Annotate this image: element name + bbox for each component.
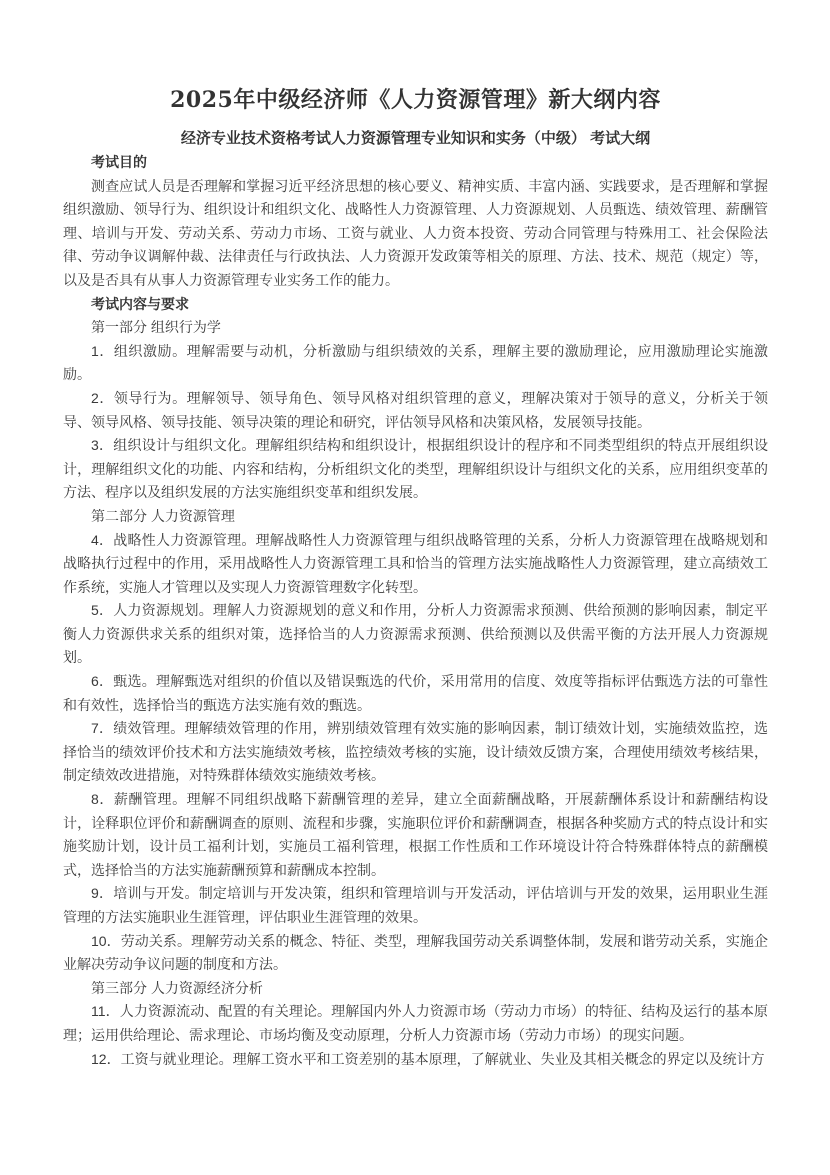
part-2-title: 第二部分 人力资源管理 (63, 505, 768, 529)
exam-purpose-paragraph: 测查应试人员是否理解和掌握习近平经济思想的核心要义、精神实质、丰富内涵、实践要求… (63, 175, 768, 293)
syllabus-item-2: 2．领导行为。理解领导、领导角色、领导风格对组织管理的意义，理解决策对于领导的意… (63, 387, 768, 434)
exam-purpose-heading: 考试目的 (63, 151, 768, 175)
document-subtitle: 经济专业技术资格考试人力资源管理专业知识和实务（中级） 考试大纲 (63, 129, 768, 149)
document-title: 2025年中级经济师《人力资源管理》新大纲内容 (63, 86, 768, 114)
syllabus-item-12: 12．工资与就业理论。理解工资水平和工资差别的基本原理，了解就业、失业及其相关概… (63, 1048, 768, 1072)
syllabus-item-3: 3．组织设计与组织文化。理解组织结构和组织设计，根据组织设计的程序和不同类型组织… (63, 434, 768, 505)
syllabus-item-9: 9．培训与开发。制定培训与开发决策，组织和管理培训与开发活动，评估培训与开发的效… (63, 882, 768, 929)
syllabus-item-7: 7．绩效管理。理解绩效管理的作用，辨别绩效管理有效实施的影响因素，制订绩效计划，… (63, 717, 768, 788)
part-3-title: 第三部分 人力资源经济分析 (63, 977, 768, 1001)
syllabus-item-8: 8．薪酬管理。理解不同组织战略下薪酬管理的差异，建立全面薪酬战略，开展薪酬体系设… (63, 788, 768, 882)
document-page: 2025年中级经济师《人力资源管理》新大纲内容 经济专业技术资格考试人力资源管理… (0, 0, 830, 1175)
part-1-title: 第一部分 组织行为学 (63, 316, 768, 340)
syllabus-item-5: 5．人力资源规划。理解人力资源规划的意义和作用，分析人力资源需求预测、供给预测的… (63, 599, 768, 670)
document-body: 考试目的 测查应试人员是否理解和掌握习近平经济思想的核心要义、精神实质、丰富内涵… (63, 151, 768, 1071)
syllabus-item-6: 6．甄选。理解甄选对组织的价值以及错误甄选的代价，采用常用的信度、效度等指标评估… (63, 670, 768, 717)
syllabus-item-11: 11．人力资源流动、配置的有关理论。理解国内外人力资源市场（劳动力市场）的特征、… (63, 1000, 768, 1047)
syllabus-item-4: 4．战略性人力资源管理。理解战略性人力资源管理与组织战略管理的关系，分析人力资源… (63, 529, 768, 600)
syllabus-item-10: 10．劳动关系。理解劳动关系的概念、特征、类型，理解我国劳动关系调整体制，发展和… (63, 930, 768, 977)
syllabus-item-1: 1．组织激励。理解需要与动机，分析激励与组织绩效的关系，理解主要的激励理论，应用… (63, 340, 768, 387)
content-requirements-heading: 考试内容与要求 (63, 293, 768, 317)
